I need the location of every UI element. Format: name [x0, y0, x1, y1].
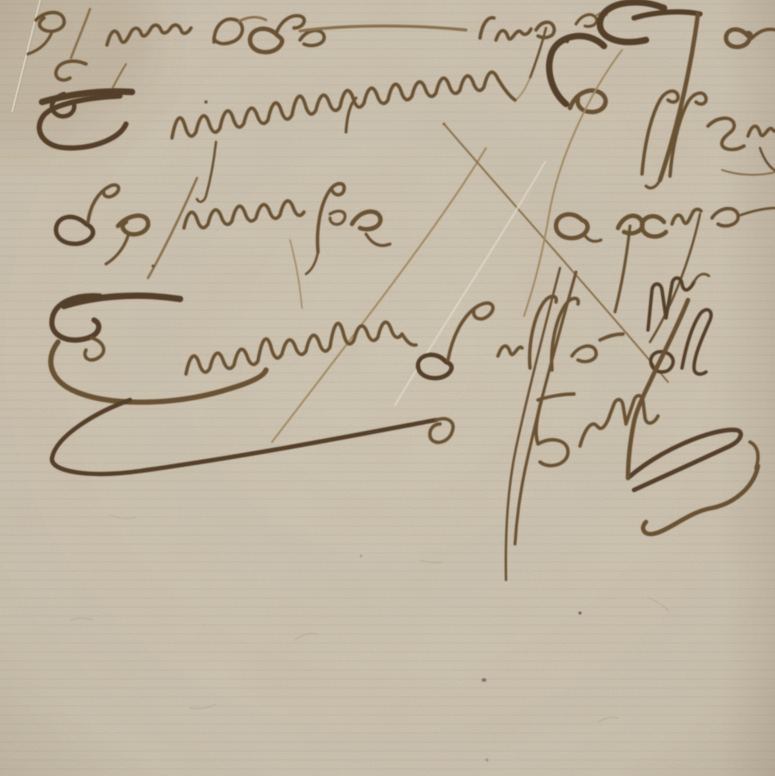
manuscript-scan — [0, 0, 775, 776]
manuscript-page — [0, 0, 775, 776]
right-edge-shading — [0, 0, 775, 776]
